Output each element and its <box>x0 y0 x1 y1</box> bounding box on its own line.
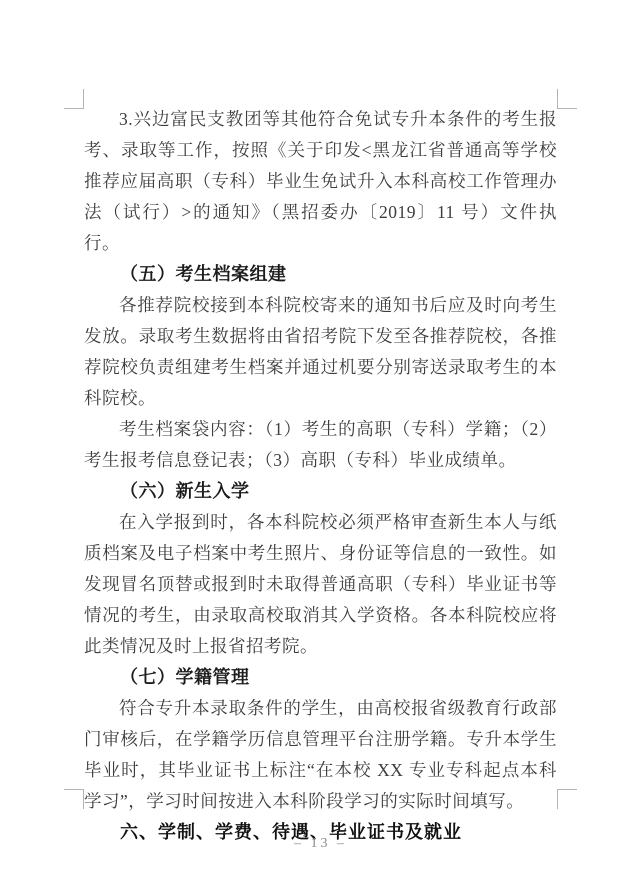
margin-crop-mark-top-left <box>64 89 84 109</box>
paragraph-archive-delivery: 各推荐院校接到本科院校寄来的通知书后应及时向考生发放。录取考生数据将由省招考院下… <box>84 290 557 414</box>
paragraph-enrollment-verification: 在入学报到时，各本科院校必须严格审查新生本人与纸质档案及电子档案中考生照片、身份… <box>84 507 557 662</box>
page-number: – 13 – <box>84 836 557 852</box>
subsection-heading-new-student-enrollment: （六）新生入学 <box>84 476 557 507</box>
margin-crop-mark-bottom-right <box>557 789 577 809</box>
subsection-heading-student-status-management: （七）学籍管理 <box>84 662 557 693</box>
subsection-heading-candidate-archives: （五）考生档案组建 <box>84 259 557 290</box>
document-content: 3.兴边富民支教团等其他符合免试专升本条件的考生报考、录取等工作，按照《关于印发… <box>84 104 557 848</box>
margin-crop-mark-top-right <box>557 89 577 109</box>
paragraph-exemption-policy: 3.兴边富民支教团等其他符合免试专升本条件的考生报考、录取等工作，按照《关于印发… <box>84 104 557 259</box>
margin-crop-mark-bottom-left <box>64 789 84 809</box>
document-page: 3.兴边富民支教团等其他符合免试专升本条件的考生报考、录取等工作，按照《关于印发… <box>0 0 635 894</box>
paragraph-archive-contents: 考生档案袋内容：（1）考生的高职（专科）学籍；（2）考生报考信息登记表；（3）高… <box>84 414 557 476</box>
paragraph-status-registration: 符合专升本录取条件的学生，由高校报省级教育行政部门审核后，在学籍学历信息管理平台… <box>84 693 557 817</box>
